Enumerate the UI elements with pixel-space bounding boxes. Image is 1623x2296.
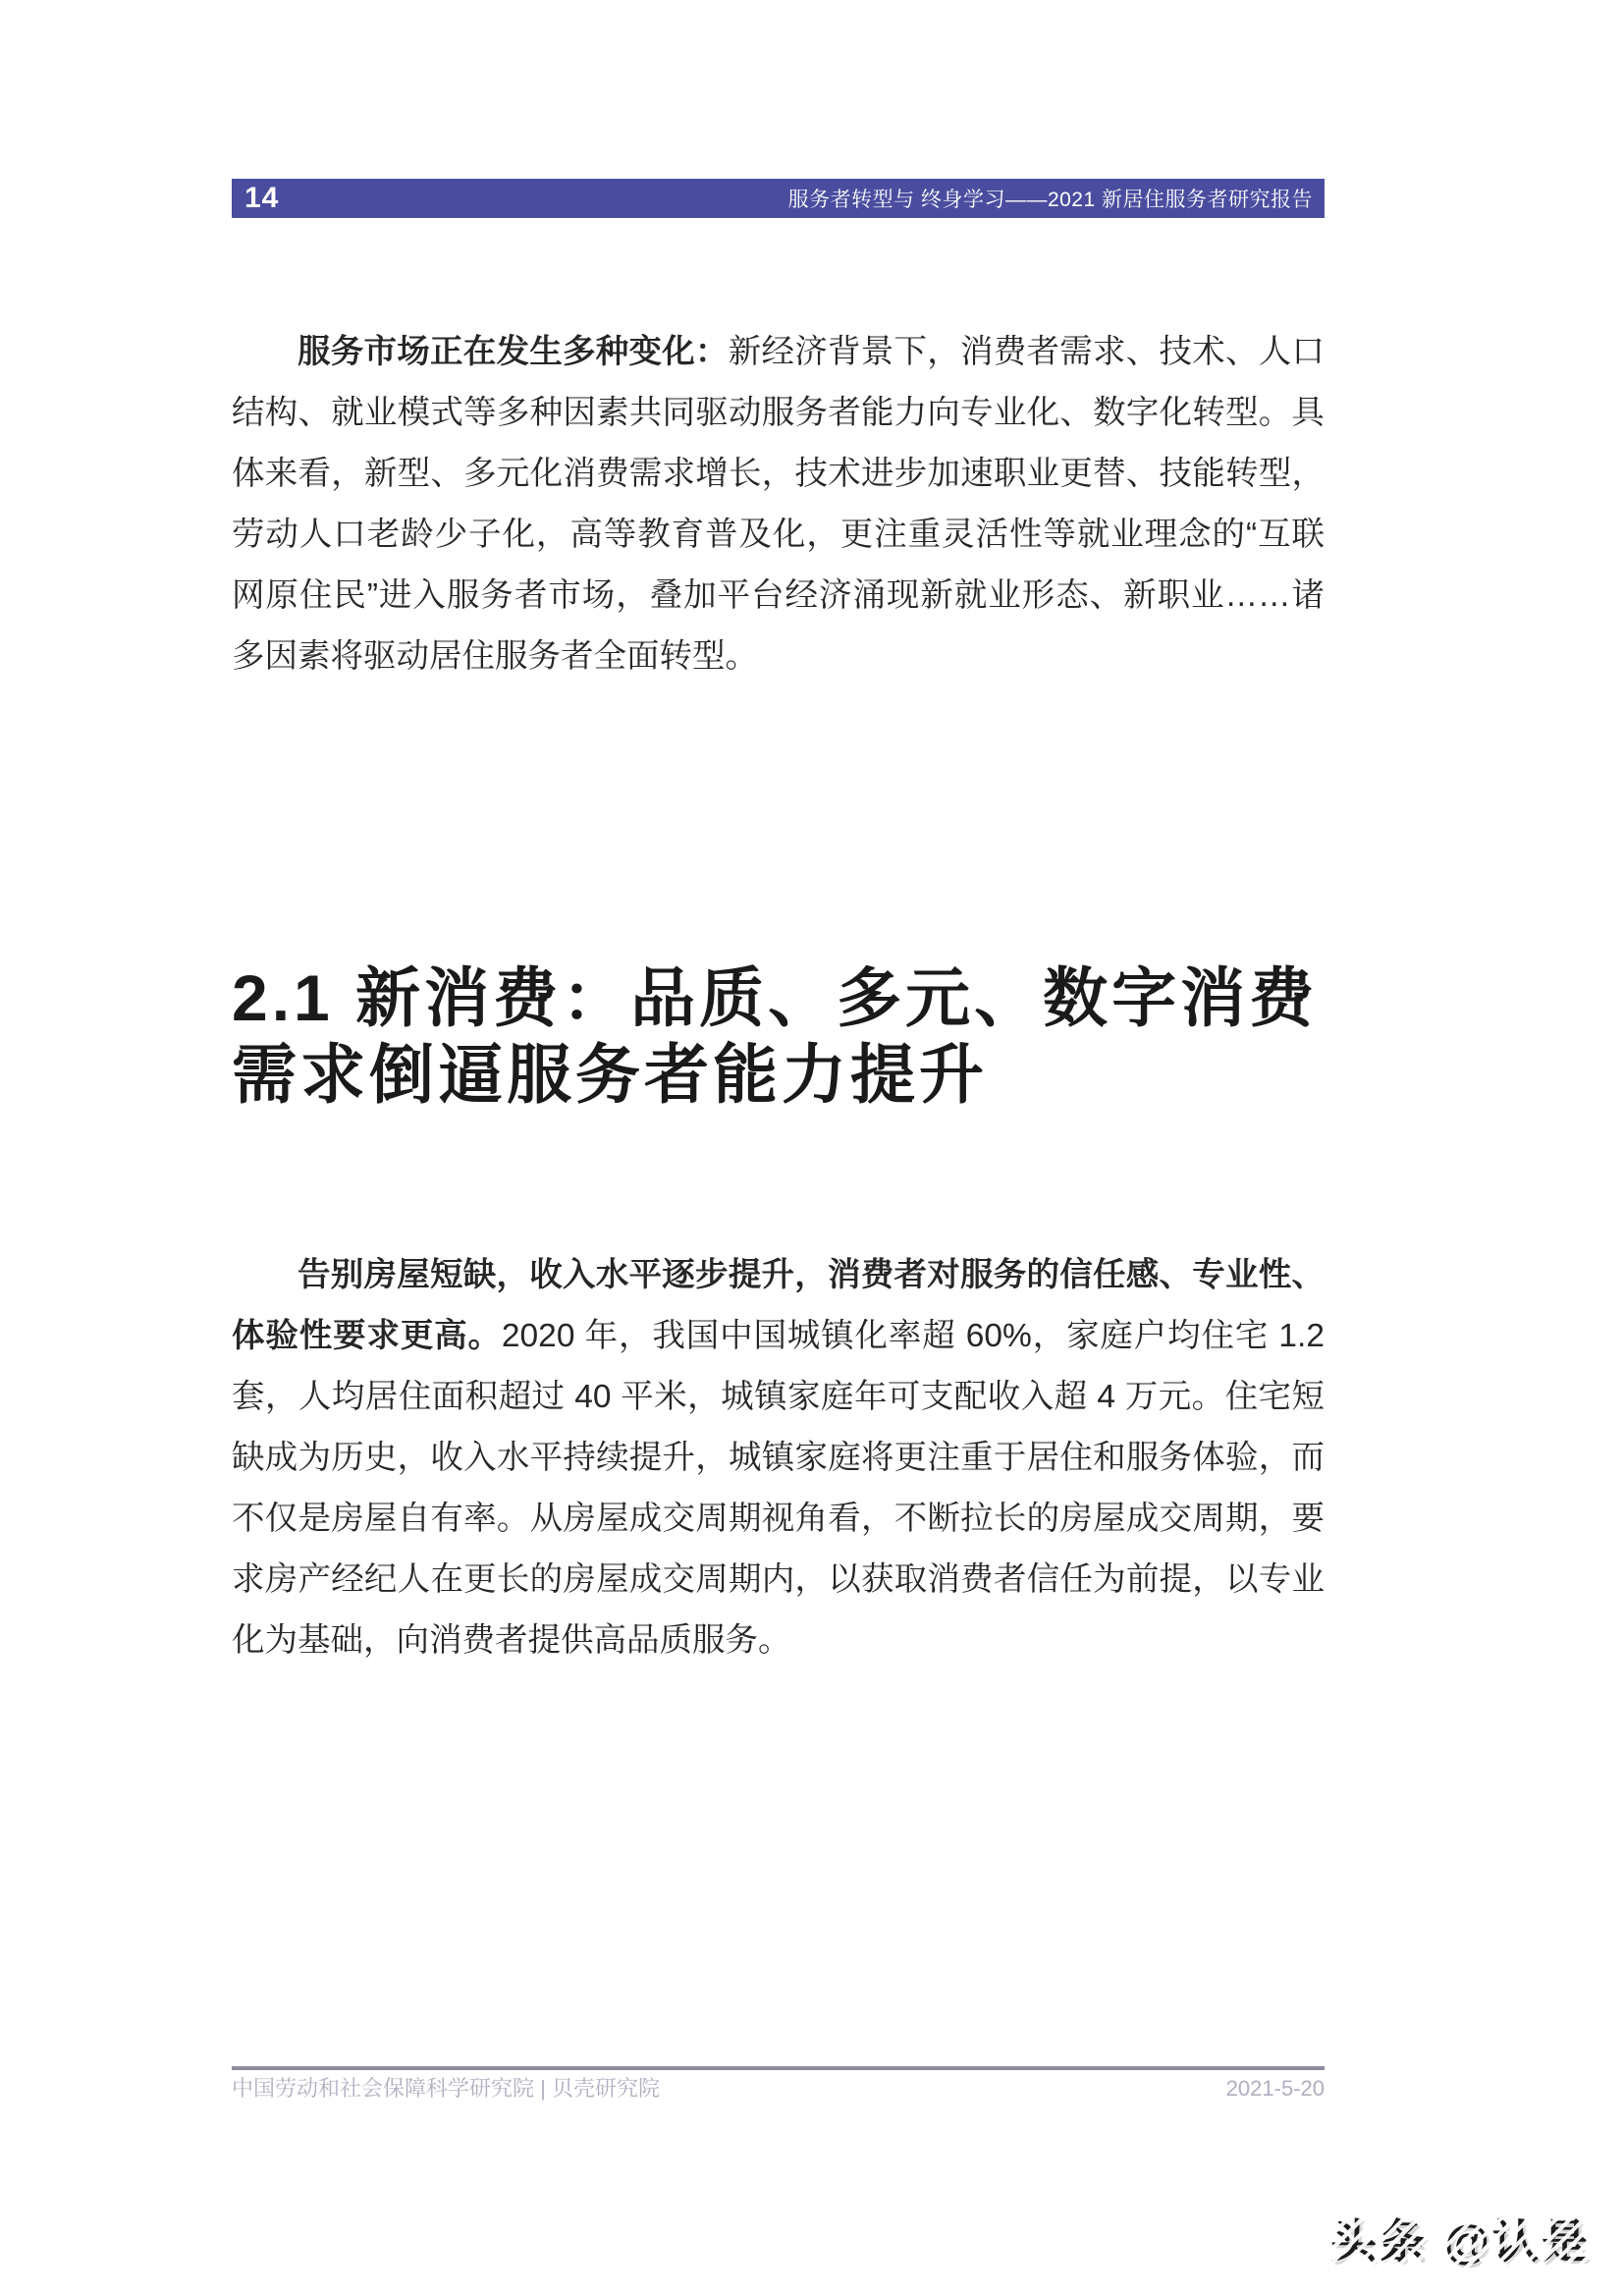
watermark-toutiao: 头条 @认是 (1330, 2206, 1591, 2271)
footer-divider (232, 2066, 1325, 2070)
page-footer: 中国劳动和社会保障科学研究院 | 贝壳研究院 2021-5-20 (232, 2074, 1325, 2104)
paragraph-market-changes: 服务市场正在发生多种变化：新经济背景下，消费者需求、技术、人口结构、就业模式等多… (232, 322, 1325, 687)
paragraph-consumer-demand: 告别房屋短缺，收入水平逐步提升，消费者对服务的信任感、专业性、体验性要求更高。2… (232, 1245, 1325, 1671)
section-heading-line2: 需求倒逼服务者能力提升 (232, 1036, 1390, 1113)
page-number: 14 (244, 182, 279, 215)
paragraph-consumer-body-text: 2020 年，我国中国城镇化率超 60%，家庭户均住宅 1.2 套，人均居住面积… (232, 1318, 1325, 1659)
paragraph-market-body-text: 新经济背景下，消费者需求、技术、人口结构、就业模式等多种因素共同驱动服务者能力向… (232, 334, 1325, 675)
section-heading-line1: 2.1 新消费：品质、多元、数字消费 (232, 959, 1390, 1036)
section-heading: 2.1 新消费：品质、多元、数字消费 需求倒逼服务者能力提升 (232, 959, 1390, 1113)
page-header-bar: 14 服务者转型与 终身学习——2021 新居住服务者研究报告 (232, 179, 1325, 218)
report-header-title: 服务者转型与 终身学习——2021 新居住服务者研究报告 (788, 184, 1313, 213)
footer-date: 2021-5-20 (1226, 2074, 1325, 2104)
report-page: 14 服务者转型与 终身学习——2021 新居住服务者研究报告 服务市场正在发生… (0, 0, 1623, 2296)
footer-organizations: 中国劳动和社会保障科学研究院 | 贝壳研究院 (232, 2074, 660, 2104)
paragraph-market-lead-bold: 服务市场正在发生多种变化： (298, 334, 729, 370)
